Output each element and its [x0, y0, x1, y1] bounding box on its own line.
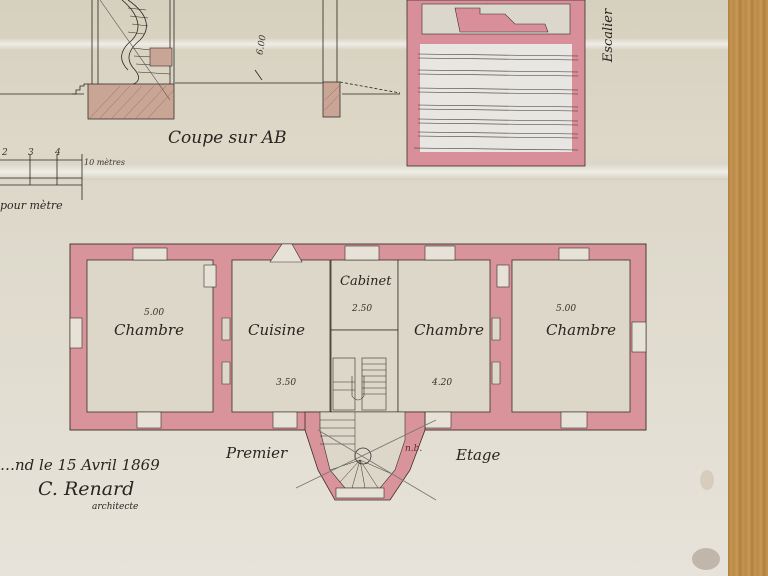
scale-bar [0, 154, 82, 200]
side-label-vertical: Escalier [601, 9, 616, 62]
plan-title-left: Premier [226, 444, 287, 462]
scale-tick-10: 10 mètres [84, 158, 125, 167]
framing-plan [407, 0, 585, 166]
room-dim-chambre-3: 5.00 [556, 304, 576, 314]
room-dim-chambre-1: 5.00 [144, 308, 164, 318]
section-title: Coupe sur AB [168, 128, 287, 148]
signature-name: C. Renard [38, 478, 134, 500]
signature-title: architecte [92, 502, 138, 512]
room-dim-cuisine: 3.50 [276, 378, 296, 388]
signature-date: …nd le 15 Avril 1869 [0, 456, 160, 474]
room-label-cuisine: Cuisine [248, 321, 305, 339]
room-dim-cabinet: 2.50 [352, 304, 372, 314]
plan-title-right: Etage [456, 446, 500, 464]
room-cabinet [331, 260, 398, 330]
paper-stain [692, 548, 720, 570]
stair-note: n.b. [405, 444, 422, 454]
room-dim-chambre-2: 4.20 [432, 378, 452, 388]
room-label-chambre-2: Chambre [414, 321, 484, 339]
paper-stain [700, 470, 714, 490]
scale-label: pour mètre [0, 199, 63, 212]
room-label-chambre-1: Chambre [114, 321, 184, 339]
scale-tick-4: 4 [55, 148, 61, 158]
section-drawing [0, 0, 400, 119]
scale-tick-3: 3 [28, 148, 34, 158]
room-label-chambre-3: Chambre [546, 321, 616, 339]
scale-tick-2: 2 [2, 148, 8, 158]
room-label-cabinet: Cabinet [340, 274, 391, 289]
